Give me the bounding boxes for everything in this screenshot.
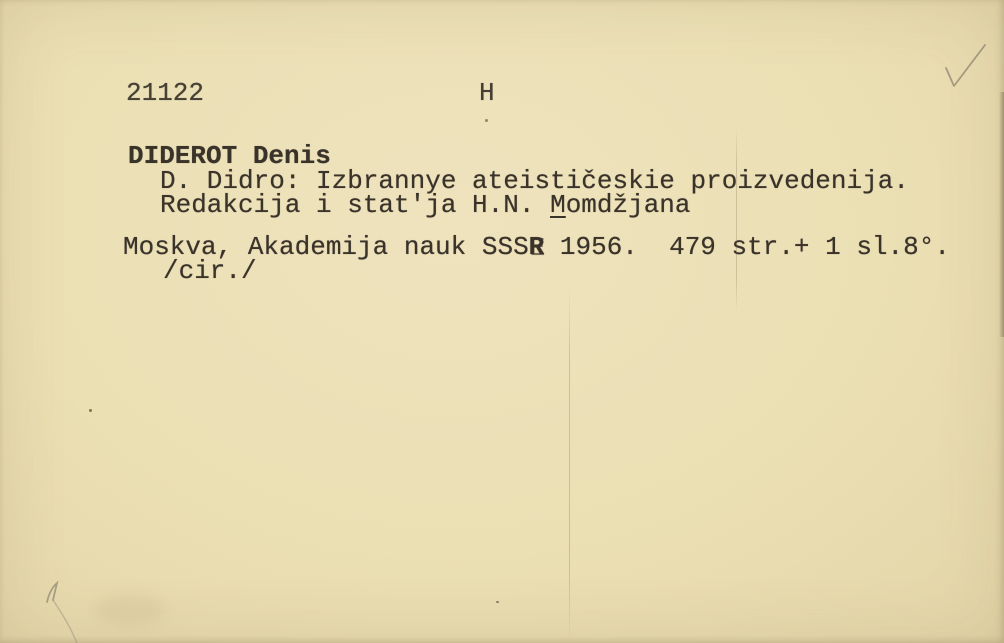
call-number: 21122 — [126, 80, 204, 106]
ink-dot — [485, 119, 488, 122]
editor-line-pre: Redakcija i stat'ja H.N. — [160, 190, 550, 220]
paper-crease — [569, 288, 570, 643]
pencil-scribble-tail-icon — [53, 600, 77, 643]
script-note: /cir./ — [163, 258, 257, 284]
imprint-post: 1956. 479 str.+ 1 sl.8°. — [544, 232, 950, 262]
section-letter: H — [479, 80, 495, 106]
editor-line-underlined-initial: M — [550, 190, 566, 220]
overstruck-letter-under: E — [530, 235, 546, 261]
overstruck-letter: ER — [529, 234, 545, 260]
card-edge-shadow — [999, 92, 1004, 337]
catalog-card: 21122 H DIDEROT Denis D. Didro: Izbranny… — [0, 0, 1004, 643]
pencil-check-icon — [946, 45, 985, 86]
pencil-scribble-icon — [47, 583, 57, 602]
editor-line-post: omdžjana — [566, 190, 691, 220]
paper-smudge — [95, 595, 165, 625]
editor-line: Redakcija i stat'ja H.N. Momdžjana — [160, 192, 691, 218]
paper-speck — [496, 601, 499, 603]
paper-crease — [736, 128, 737, 313]
paper-speck — [89, 409, 92, 412]
